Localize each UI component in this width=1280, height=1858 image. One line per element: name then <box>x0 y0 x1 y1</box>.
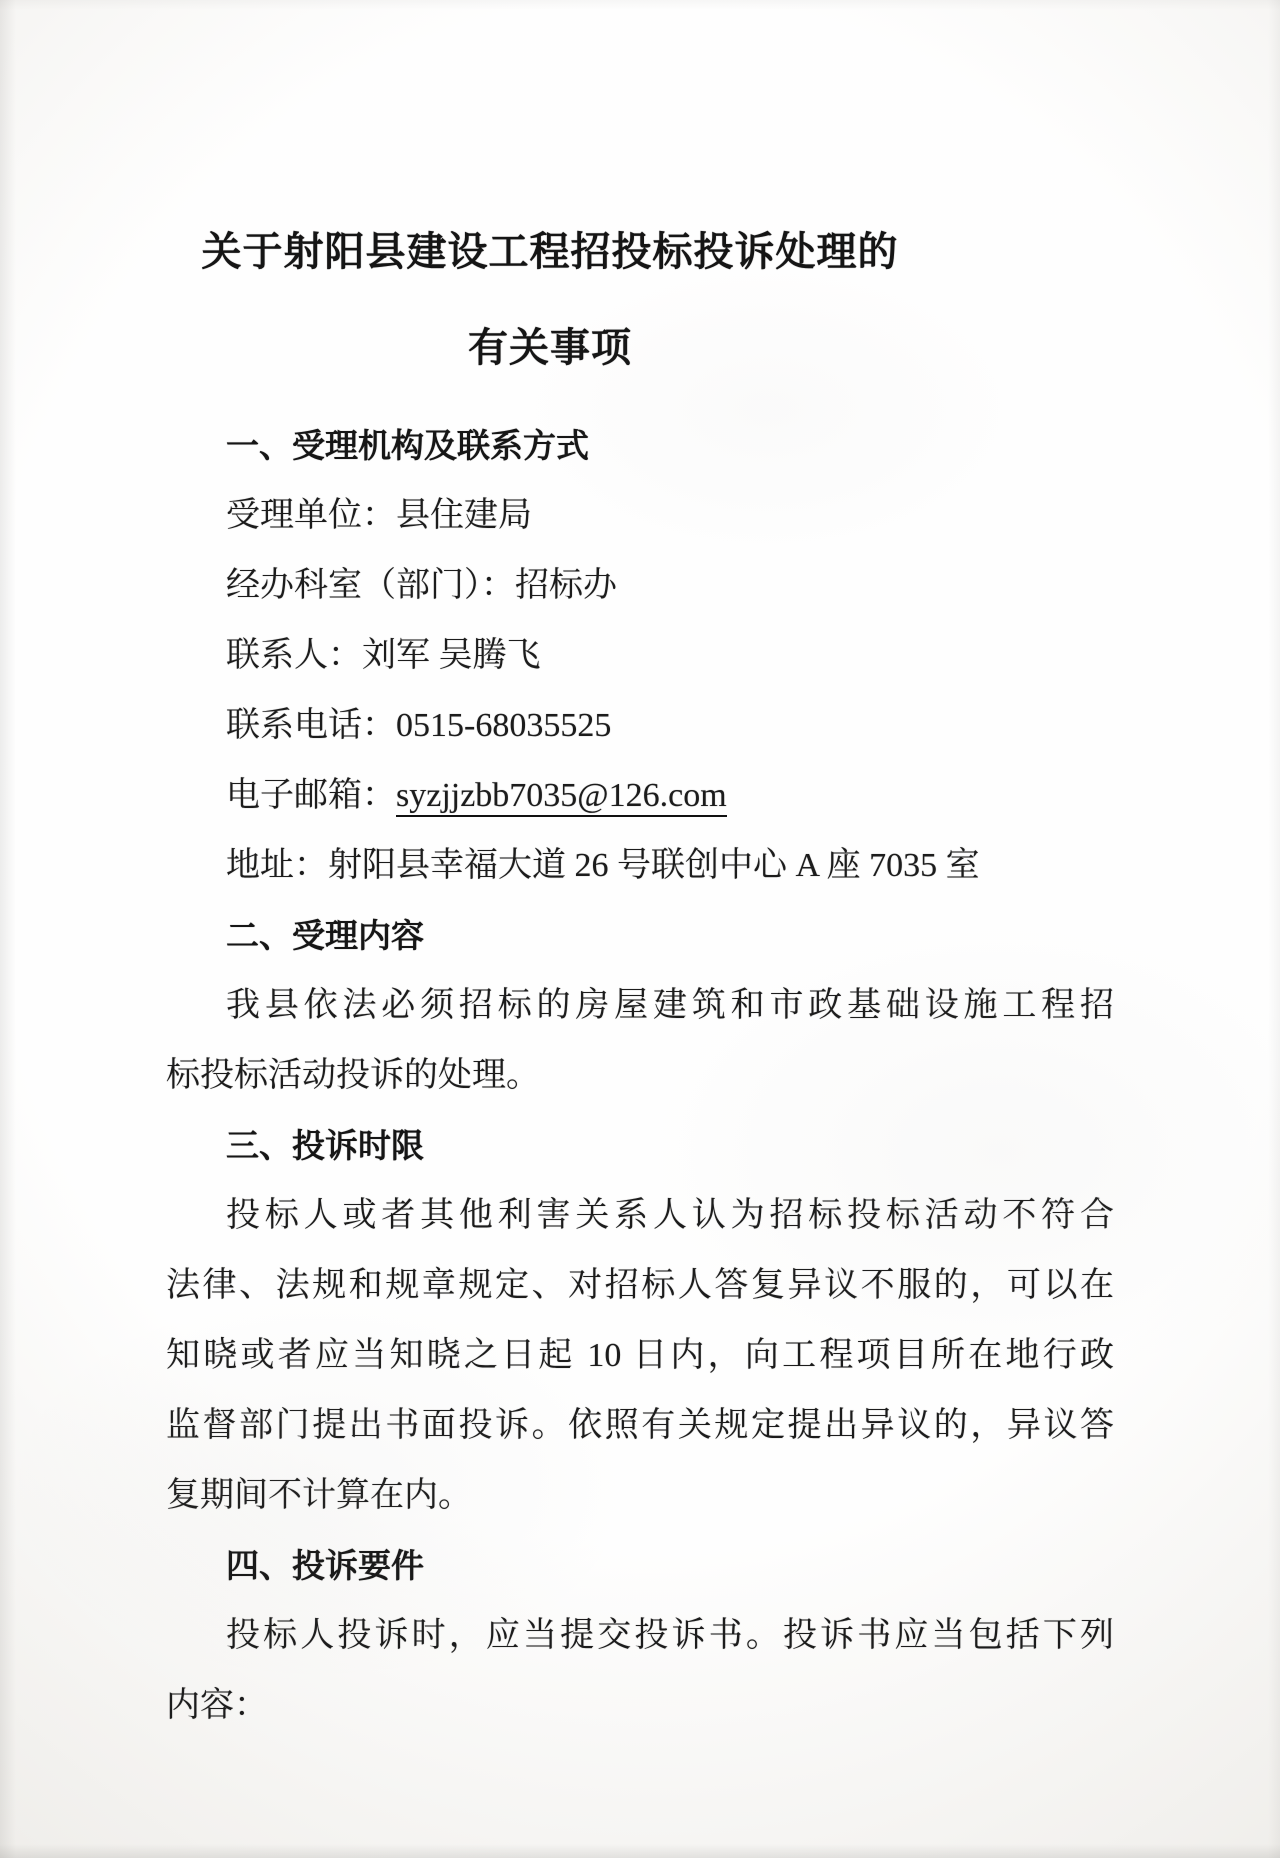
document-title-line-2: 有关事项 <box>76 300 1024 396</box>
paragraph-line: 法律、法规和规章规定、对招标人答复异议不服的，可以在 <box>166 1251 1114 1321</box>
document-body: 一、受理机构及联系方式受理单位：县住建局经办科室（部门）：招标办联系人：刘军 吴… <box>166 411 1114 1741</box>
scanned-document-page: 关于射阳县建设工程招投标投诉处理的 有关事项 一、受理机构及联系方式受理单位：县… <box>0 0 1280 1858</box>
section-heading: 四、投诉要件 <box>166 1531 1114 1601</box>
paragraph-line: 标投标活动投诉的处理。 <box>166 1041 1114 1111</box>
contact-line: 地址：射阳县幸福大道 26 号联创中心 A 座 7035 室 <box>166 831 1114 901</box>
email-label: 电子邮箱： <box>226 777 396 814</box>
paragraph-line: 知晓或者应当知晓之日起 10 日内，向工程项目所在地行政 <box>166 1321 1114 1391</box>
contact-line: 受理单位：县住建局 <box>166 481 1114 551</box>
email-address: syzjjzbb7035@126.com <box>396 777 727 817</box>
paragraph-line: 监督部门提出书面投诉。依照有关规定提出异议的，异议答 <box>166 1391 1114 1461</box>
section-heading: 三、投诉时限 <box>166 1111 1114 1181</box>
paragraph-first-line: 我县依法必须招标的房屋建筑和市政基础设施工程招 <box>166 971 1114 1041</box>
document-title: 关于射阳县建设工程招投标投诉处理的 有关事项 <box>76 204 1024 396</box>
paragraph-first-line: 投标人投诉时，应当提交投诉书。投诉书应当包括下列 <box>166 1601 1114 1671</box>
section-heading: 二、受理内容 <box>166 901 1114 971</box>
paragraph-first-line: 投标人或者其他利害关系人认为招标投标活动不符合 <box>166 1181 1114 1251</box>
email-line: 电子邮箱：syzjjzbb7035@126.com <box>166 761 1114 831</box>
document-title-line-1: 关于射阳县建设工程招投标投诉处理的 <box>76 204 1024 300</box>
paragraph-line: 内容： <box>166 1671 1114 1741</box>
contact-line: 联系电话：0515-68035525 <box>166 691 1114 761</box>
paragraph-line: 复期间不计算在内。 <box>166 1461 1114 1531</box>
contact-line: 经办科室（部门）：招标办 <box>166 551 1114 621</box>
section-heading: 一、受理机构及联系方式 <box>166 411 1114 481</box>
contact-line: 联系人：刘军 吴腾飞 <box>166 621 1114 691</box>
